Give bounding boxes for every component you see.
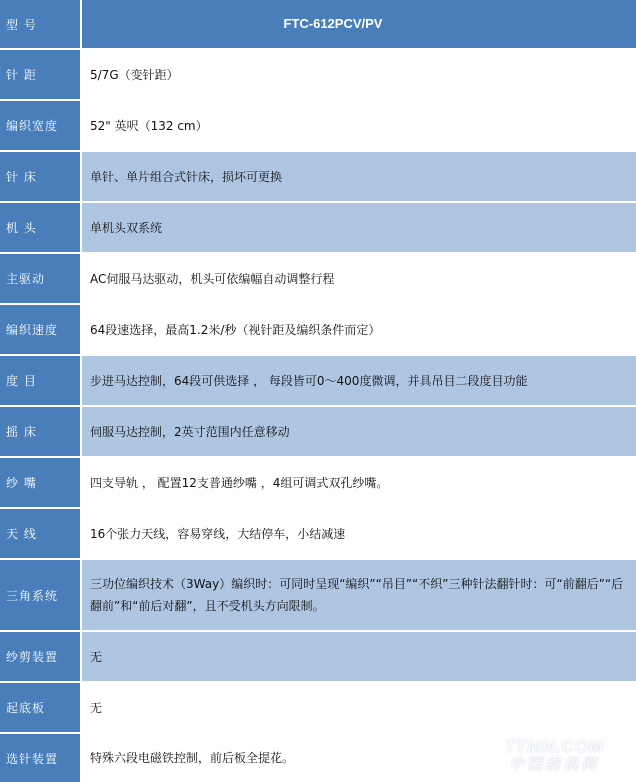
table-row: 编织速度64段速选择，最高1.2米/秒（视针距及编织条件而定） [0,305,636,354]
row-label: 摇 床 [0,407,80,456]
row-label: 度 目 [0,356,80,405]
row-value: AC伺服马达驱动，机头可依编幅自动调整行程 [82,254,636,303]
table-row: 摇 床伺服马达控制，2英寸范围内任意移动 [0,407,636,456]
row-value: 单机头双系统 [82,203,636,252]
model-value: FTC-612PCV/PV [82,0,636,48]
row-label: 编织速度 [0,305,80,354]
table-row: 主驱动AC伺服马达驱动，机头可依编幅自动调整行程 [0,254,636,303]
table-row: 三角系统三功位编织技术（3Way）编织时：可同时呈现“编织”“吊目”“不织”三种… [0,560,636,630]
row-label: 天 线 [0,509,80,558]
header-row: 型 号 FTC-612PCV/PV [0,0,636,48]
table-row: 针 距5/7G（变针距） [0,50,636,99]
watermark-line1: TTMN.COM [504,738,604,756]
row-value: 三功位编织技术（3Way）编织时：可同时呈现“编织”“吊目”“不织”三种针法翻针… [82,560,636,630]
row-label: 纱 嘴 [0,458,80,507]
header-label: 型 号 [0,0,80,48]
table-row: 纱剪装置无 [0,632,636,681]
row-label: 三角系统 [0,560,80,630]
watermark-line2: 中国纺机网 [504,756,604,774]
row-label: 纱剪装置 [0,632,80,681]
table-row: 纱 嘴四支导轨 ， 配置12支普通纱嘴 ，4组可调式双孔纱嘴。 [0,458,636,507]
row-value: 步进马达控制，64段可供选择 ， 每段皆可0～400度微调，并具吊目二段度目功能 [82,356,636,405]
row-value: 伺服马达控制，2英寸范围内任意移动 [82,407,636,456]
table-row: 度 目步进马达控制，64段可供选择 ， 每段皆可0～400度微调，并具吊目二段度… [0,356,636,405]
row-value: 四支导轨 ， 配置12支普通纱嘴 ，4组可调式双孔纱嘴。 [82,458,636,507]
table-row: 机 头单机头双系统 [0,203,636,252]
row-value: 无 [82,683,636,732]
row-value: 单针、单片组合式针床，损坏可更换 [82,152,636,201]
row-value: 无 [82,632,636,681]
watermark: TTMN.COM 中国纺机网 [504,738,604,774]
table-row: 编织宽度52" 英呎（132 cm） [0,101,636,150]
row-value: 5/7G（变针距） [82,50,636,99]
table-row: 针 床单针、单片组合式针床，损坏可更换 [0,152,636,201]
row-label: 主驱动 [0,254,80,303]
table-row: 起底板无 [0,683,636,732]
row-label: 起底板 [0,683,80,732]
row-label: 机 头 [0,203,80,252]
table-row: 天 线16个张力天线，容易穿线，大结停车，小结减速 [0,509,636,558]
row-value: 16个张力天线，容易穿线，大结停车，小结减速 [82,509,636,558]
row-label: 针 距 [0,50,80,99]
row-value: 52" 英呎（132 cm） [82,101,636,150]
spec-table: 型 号 FTC-612PCV/PV 针 距5/7G（变针距）编织宽度52" 英呎… [0,0,636,782]
row-label: 针 床 [0,152,80,201]
row-label: 选针装置 [0,734,80,782]
row-label: 编织宽度 [0,101,80,150]
row-value: 64段速选择，最高1.2米/秒（视针距及编织条件而定） [82,305,636,354]
